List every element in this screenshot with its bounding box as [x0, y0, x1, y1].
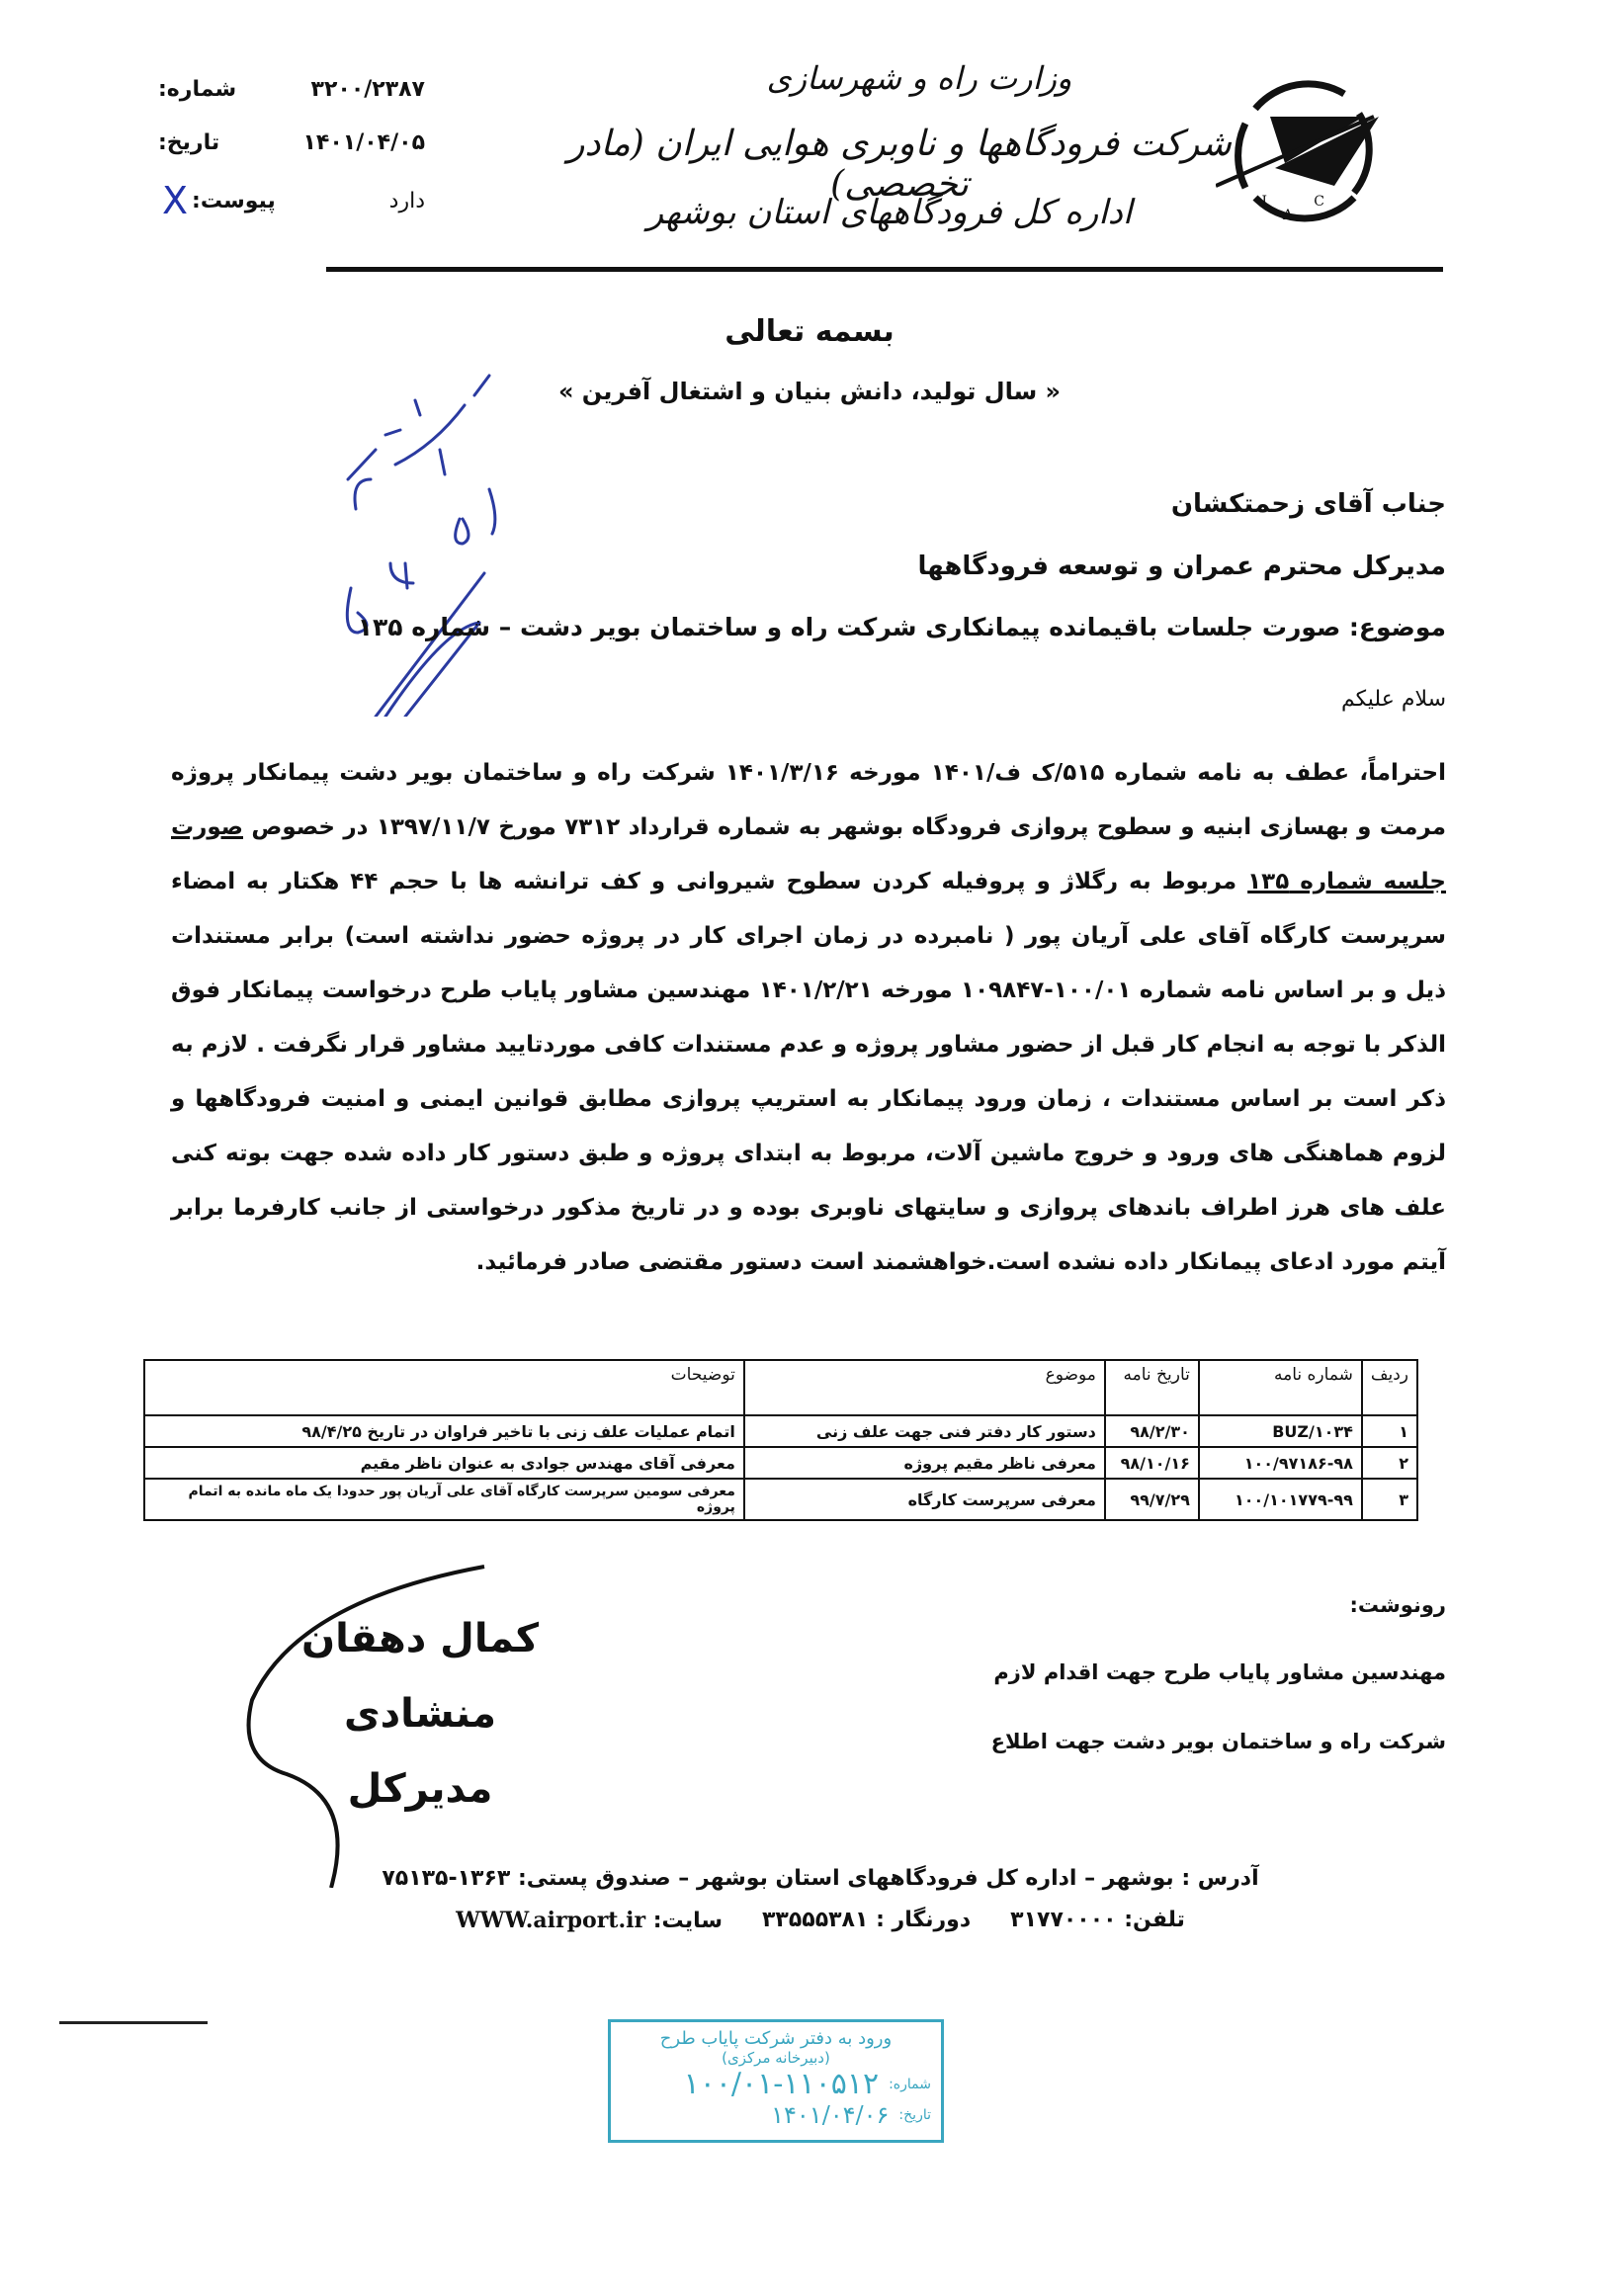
greeting: سلام علیکم: [1341, 687, 1446, 712]
site-link[interactable]: WWW.airport.ir: [456, 1908, 645, 1933]
letter-date-label: تاریخ:: [158, 130, 219, 155]
col-header-subject: موضوع: [744, 1360, 1105, 1415]
table-row: ۲ ۱۰۰/۹۷۱۸۶-۹۸ ۹۸/۱۰/۱۶ معرفی ناظر مقیم …: [144, 1447, 1417, 1479]
cell-letter-number: BUZ/۱۰۳۴: [1199, 1415, 1362, 1447]
footer-contact: تلفن: ۳۱۷۷۰۰۰۰ دورنگار : ۳۳۵۵۵۳۸۱ سایت: …: [356, 1908, 1285, 1933]
cell-subject: معرفی سرپرست کارگاه: [744, 1479, 1105, 1520]
cell-notes: اتمام عملیات علف زنی با تاخیر فراوان در …: [144, 1415, 744, 1447]
phone-value: ۳۱۷۷۰۰۰۰: [1010, 1908, 1116, 1932]
signature-block: کمال دهقان منشادی مدیرکل: [257, 1601, 583, 1827]
cell-row-number: ۱: [1362, 1415, 1417, 1447]
stamp-date-label: تاریخ:: [898, 2107, 931, 2123]
cell-row-number: ۳: [1362, 1479, 1417, 1520]
letters-table: ردیف شماره نامه تاریخ نامه موضوع توضیحات…: [143, 1359, 1418, 1521]
letter-number-row: ۳۲۰۰/۲۳۸۷ شماره:: [158, 77, 425, 102]
cell-letter-number: ۱۰۰/۹۷۱۸۶-۹۸: [1199, 1447, 1362, 1479]
recipient-name: جناب آقای زحمتکشان: [1171, 489, 1446, 519]
table-row: ۱ BUZ/۱۰۳۴ ۹۸/۲/۳۰ دستور کار دفتر فنی جه…: [144, 1415, 1417, 1447]
col-header-row-number: ردیف: [1362, 1360, 1417, 1415]
attachment-label: پیوست:: [192, 189, 276, 213]
cell-letter-date: ۹۹/۷/۲۹: [1105, 1479, 1199, 1520]
col-header-letter-date: تاریخ نامه: [1105, 1360, 1199, 1415]
stamp-number: ۱۰۰/۰۱-۱۱۰۵۱۲: [684, 2067, 880, 2101]
letter-body: احتراماً، عطف به نامه شماره ۵۱۵/ک ف/۱۴۰۱…: [171, 746, 1446, 1290]
table-header-row: ردیف شماره نامه تاریخ نامه موضوع توضیحات: [144, 1360, 1417, 1415]
stamp-date: ۱۴۰۱/۰۴/۰۶: [771, 2101, 889, 2129]
fold-mark: [59, 2021, 208, 2024]
body-text-part2: مربوط به رگلاژ و پروفیله کردن سطوح شیروا…: [171, 869, 1446, 1275]
letter-subject: موضوع: صورت جلسات باقیمانده پیمانکاری شر…: [358, 613, 1446, 641]
site-label: سایت:: [653, 1909, 723, 1933]
year-motto: « سال تولید، دانش بنیان و اشتغال آفرین »: [0, 378, 1619, 405]
letter-number-label: شماره:: [158, 77, 236, 102]
table-row: ۳ ۱۰۰/۱۰۱۷۷۹-۹۹ ۹۹/۷/۲۹ معرفی سرپرست کار…: [144, 1479, 1417, 1520]
cell-letter-date: ۹۸/۱۰/۱۶: [1105, 1447, 1199, 1479]
stamp-number-label: شماره:: [889, 2077, 931, 2092]
receipt-stamp: ورود به دفتر شرکت پایاب طرح (دبیرخانه مر…: [608, 2019, 944, 2143]
cc-label: رونوشت:: [1350, 1593, 1446, 1617]
handwritten-note-icon: [297, 341, 514, 717]
header-divider: [326, 267, 1443, 272]
cell-letter-number: ۱۰۰/۱۰۱۷۷۹-۹۹: [1199, 1479, 1362, 1520]
ministry-name: وزارت راه و شهرسازی: [722, 59, 1117, 97]
basmala: بسمه تعالی: [0, 314, 1619, 349]
office-name: اداره کل فرودگاههای استان بوشهر: [613, 193, 1166, 232]
attachment-row: دارد پیوست: X: [158, 182, 425, 219]
stamp-title: ورود به دفتر شرکت پایاب طرح: [621, 2028, 931, 2049]
phone-label: تلفن:: [1124, 1908, 1185, 1932]
cc-item: شرکت راه و ساختمان بویر دشت جهت اطلاع: [991, 1730, 1446, 1753]
signatory-name: کمال دهقان منشادی: [257, 1601, 583, 1751]
svg-text:A: A: [1282, 208, 1294, 223]
footer-address: آدرس : بوشهر – اداره کل فرودگاههای استان…: [356, 1866, 1285, 1891]
airport-company-logo-icon: I A C: [1216, 69, 1384, 237]
cc-item: مهندسین مشاور پایاب طرح جهت اقدام لازم: [993, 1660, 1446, 1684]
cell-notes: معرفی سومین سرپرست کارگاه آقای علی آریان…: [144, 1479, 744, 1520]
x-mark-icon: X: [162, 182, 188, 219]
fax-label: دورنگار :: [876, 1908, 971, 1932]
cell-subject: معرفی ناظر مقیم پروژه: [744, 1447, 1105, 1479]
cell-row-number: ۲: [1362, 1447, 1417, 1479]
fax-value: ۳۳۵۵۵۳۸۱: [762, 1908, 868, 1932]
cell-subject: دستور کار دفتر فنی جهت علف زنی: [744, 1415, 1105, 1447]
stamp-subtitle: (دبیرخانه مرکزی): [621, 2049, 931, 2067]
signatory-title: مدیرکل: [257, 1751, 583, 1827]
letter-date-value: ۱۴۰۱/۰۴/۰۵: [303, 130, 426, 155]
body-text-part1: احتراماً، عطف به نامه شماره ۵۱۵/ک ف/۱۴۰۱…: [171, 760, 1446, 840]
svg-text:I: I: [1261, 194, 1267, 210]
col-header-letter-number: شماره نامه: [1199, 1360, 1362, 1415]
col-header-notes: توضیحات: [144, 1360, 744, 1415]
svg-text:C: C: [1314, 194, 1324, 210]
letter-date-row: ۱۴۰۱/۰۴/۰۵ تاریخ:: [158, 130, 425, 155]
cell-letter-date: ۹۸/۲/۳۰: [1105, 1415, 1199, 1447]
recipient-title: مدیرکل محترم عمران و توسعه فرودگاهها: [917, 552, 1446, 581]
attachment-value: دارد: [389, 189, 425, 213]
cell-notes: معرفی آقای مهندس جوادی به عنوان ناظر مقی…: [144, 1447, 744, 1479]
letter-number-value: ۳۲۰۰/۲۳۸۷: [311, 77, 425, 102]
